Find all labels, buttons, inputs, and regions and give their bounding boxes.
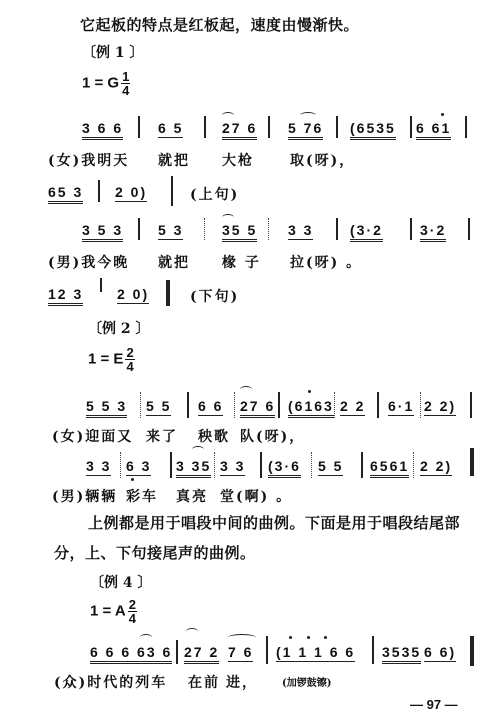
- fermata-icon: [240, 386, 252, 393]
- note-group: 6 6: [198, 398, 223, 416]
- barline: [361, 452, 363, 478]
- note-group: 2 0): [117, 286, 149, 304]
- lyric: 队(呀)，: [240, 426, 305, 446]
- barline: [204, 116, 206, 138]
- barline: [268, 116, 270, 138]
- lyric: 就把: [158, 252, 190, 272]
- lyric: 拉(呀) 。: [290, 252, 362, 272]
- barline-dotted: [413, 452, 414, 478]
- lyric: (男)我今晚: [48, 252, 129, 272]
- example-2-label: 〔例 2 〕: [88, 318, 150, 338]
- barline: [260, 452, 262, 478]
- note-group: 6 5: [158, 120, 183, 138]
- slur-icon: [300, 112, 316, 119]
- barline: [410, 218, 412, 240]
- high-octave-dot-icon: [324, 636, 327, 639]
- barline-dotted: [311, 452, 312, 478]
- barline: [98, 180, 100, 202]
- lyric: 进，: [226, 672, 258, 692]
- note-group: 2 2): [420, 458, 452, 476]
- slur-icon: [192, 446, 204, 453]
- note-group: 5 5 3: [86, 398, 127, 418]
- note-group: 3 3: [86, 458, 111, 476]
- high-octave-dot-icon: [307, 636, 310, 639]
- note-group: 65 3: [48, 184, 83, 204]
- phrase-tag: (上句): [190, 184, 239, 204]
- time-signature: 24: [125, 346, 134, 373]
- note-group: (6163: [288, 398, 334, 418]
- barline-dotted: [268, 218, 269, 240]
- note-group: (3·2: [350, 222, 383, 242]
- lyric: 堂(啊) 。: [220, 486, 292, 506]
- note-group: 6 6): [424, 644, 456, 662]
- barline: [170, 452, 172, 478]
- example-1-label: 〔例 1 〕: [82, 42, 144, 62]
- example-1-key-signature: 1 = G14: [82, 70, 130, 97]
- barline: [336, 218, 338, 240]
- note-group: 2 2: [340, 398, 365, 416]
- note-group: 12 3: [48, 286, 83, 306]
- lyric: 真亮: [176, 486, 208, 506]
- note-group: 6·1: [388, 398, 414, 416]
- percussion-annotation: (加锣鼓镲): [282, 674, 331, 689]
- phrase-tag: (下句): [190, 286, 239, 306]
- high-octave-dot-icon: [441, 113, 444, 116]
- barline: [266, 636, 268, 664]
- note-group: 3 3: [220, 458, 245, 476]
- high-octave-dot-icon: [289, 636, 292, 639]
- note-group: 27 6: [222, 120, 257, 140]
- lyric: 彩车: [126, 486, 158, 506]
- example-2-key-signature: 1 = E24: [88, 346, 135, 373]
- barline-dotted: [214, 452, 215, 478]
- barline-dotted: [140, 392, 141, 418]
- lyric: 来了: [146, 426, 178, 446]
- note-group: (1 1 1 6 6: [276, 644, 355, 662]
- high-octave-dot-icon: [308, 390, 311, 393]
- slur-icon: [140, 634, 152, 641]
- note-group: 3535: [382, 644, 421, 664]
- lyric: 在前: [188, 672, 220, 692]
- barline: [100, 278, 102, 292]
- barline: [465, 116, 467, 138]
- note-group: 27 2: [184, 644, 219, 664]
- note-group: 6 3: [126, 458, 151, 476]
- final-barline: [470, 636, 474, 666]
- note-group: 35 5: [222, 222, 257, 242]
- slur-icon: [228, 634, 256, 641]
- barline: [171, 176, 173, 206]
- example-4-label: 〔例 4 〕: [90, 572, 152, 592]
- barline: [336, 116, 338, 138]
- barline: [410, 116, 412, 138]
- final-barline: [470, 448, 474, 476]
- fermata-icon: [186, 628, 198, 635]
- time-signature: 14: [121, 70, 130, 97]
- note-group: 2 0): [115, 184, 147, 202]
- note-group: (3·6: [268, 458, 301, 478]
- note-group: 6 61: [416, 120, 451, 140]
- intro-text: 它起板的特点是红板起，速度由慢渐快。: [80, 14, 359, 35]
- note-group: 6561: [370, 458, 409, 478]
- barline: [468, 218, 470, 240]
- final-barline: [166, 280, 170, 306]
- paragraph-line-2: 分，上、下句接尾声的曲例。: [54, 542, 256, 563]
- time-signature: 24: [128, 598, 137, 625]
- note-group: 27 6: [240, 398, 275, 418]
- paragraph-line-1: 上例都是用于唱段中间的曲例。下面是用于唱段结尾部: [88, 512, 460, 533]
- note-group: 3 6 6: [82, 120, 123, 140]
- lyric: (男)辆辆: [52, 486, 117, 506]
- note-group: 5 5: [146, 398, 171, 416]
- lyric: (众)时代的列车: [54, 672, 167, 692]
- fermata-icon: [222, 112, 234, 119]
- barline-dotted: [334, 392, 335, 418]
- barline: [187, 392, 189, 418]
- barline: [377, 392, 379, 418]
- lyric: 就把: [158, 150, 190, 170]
- note-group: 7 6: [228, 644, 253, 662]
- example-4-key-signature: 1 = A24: [90, 598, 137, 625]
- lyric: 大枪: [222, 150, 254, 170]
- barline: [372, 636, 374, 664]
- barline-dotted: [420, 392, 421, 418]
- barline: [470, 392, 472, 418]
- note-group: 6 6 6 63 6: [90, 644, 172, 664]
- lyric: 椽 子: [222, 252, 261, 272]
- low-octave-dot-icon: [131, 478, 134, 481]
- note-group: 3 35: [176, 458, 211, 478]
- key: 1 = E: [88, 350, 123, 367]
- note-group: 3 3: [288, 222, 313, 240]
- note-group: (6535: [350, 120, 396, 140]
- barline-dotted: [120, 452, 121, 478]
- fermata-icon: [222, 214, 234, 221]
- barline-dotted: [234, 392, 235, 418]
- barline: [138, 218, 140, 240]
- key: 1 = G: [82, 74, 119, 91]
- note-group: 5 3: [158, 222, 183, 240]
- barline: [278, 392, 280, 418]
- note-group: 3·2: [420, 222, 446, 242]
- lyric: 秧歌: [198, 426, 230, 446]
- lyric: (女)我明天: [48, 150, 129, 170]
- barline-dotted: [204, 218, 205, 240]
- note-group: 2 2): [424, 398, 456, 416]
- note-group: 3 5 3: [82, 222, 123, 242]
- note-group: 5 5: [318, 458, 343, 476]
- page-number: — 97 —: [410, 697, 458, 712]
- barline: [138, 116, 140, 138]
- lyric: 取(呀)，: [290, 150, 355, 170]
- lyric: (女)迎面又: [52, 426, 133, 446]
- key: 1 = A: [90, 602, 126, 619]
- note-group: 5 76: [288, 120, 323, 140]
- barline: [176, 640, 178, 664]
